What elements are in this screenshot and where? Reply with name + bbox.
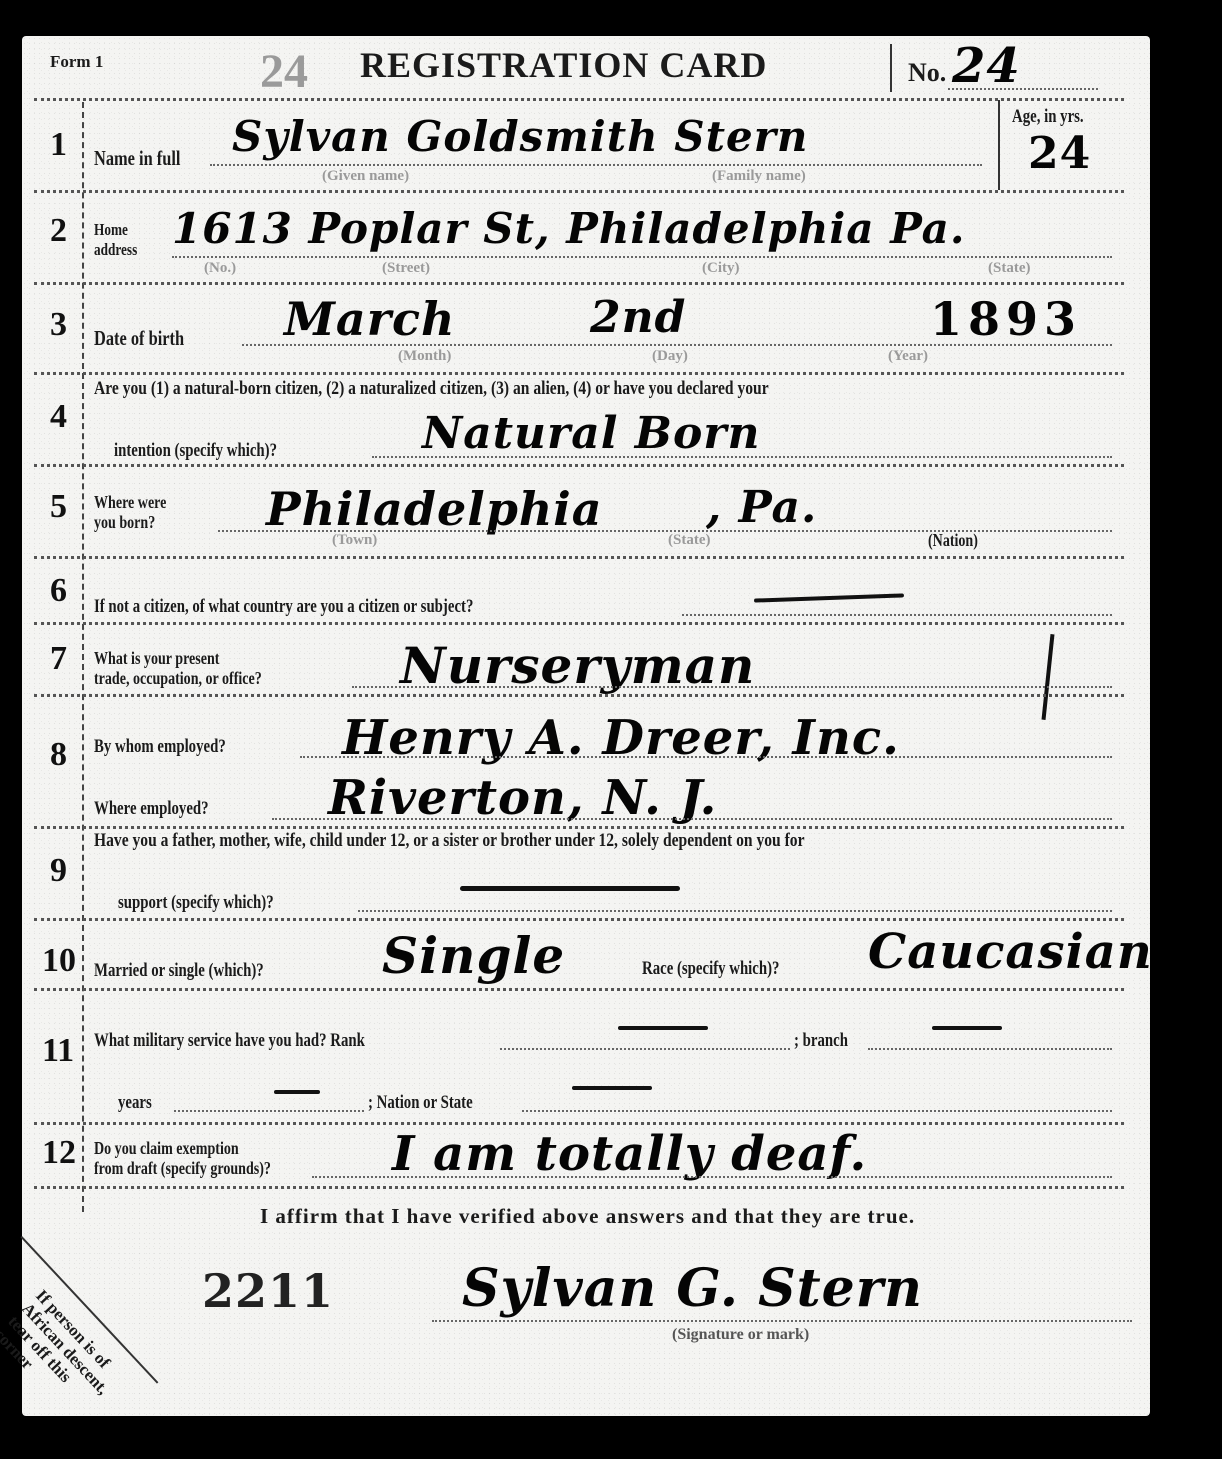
number-column-divider bbox=[82, 102, 84, 1212]
marital-status-value: Single bbox=[382, 926, 565, 985]
corner-note: If person is of African descent, tear of… bbox=[0, 1286, 126, 1424]
branch-dash bbox=[932, 1026, 1002, 1030]
citizenship-question: Are you (1) a natural-born citizen, (2) … bbox=[94, 378, 769, 400]
card-no-label: No. bbox=[908, 58, 946, 88]
signature-label: (Signature or mark) bbox=[672, 1326, 809, 1344]
birthplace-town: Philadelphia bbox=[266, 482, 603, 536]
exemption-value: I am totally deaf. bbox=[392, 1126, 867, 1182]
form-label: Form 1 bbox=[50, 52, 103, 72]
home-address-value: 1613 Poplar St, Philadelphia Pa. bbox=[172, 204, 966, 253]
name-value: Sylvan Goldsmith Stern bbox=[232, 112, 808, 161]
birthplace-state: , Pa. bbox=[706, 482, 817, 533]
citizenship-value: Natural Born bbox=[422, 408, 760, 459]
age-value: 24 bbox=[1028, 128, 1091, 179]
faint-card-number: 24 bbox=[260, 44, 308, 99]
registration-card: Form 1 24 REGISTRATION CARD No. 24 1 Nam… bbox=[22, 36, 1150, 1416]
years-dash bbox=[274, 1090, 320, 1094]
dependents-question: Have you a father, mother, wife, child u… bbox=[94, 830, 805, 852]
card-title: REGISTRATION CARD bbox=[360, 44, 767, 86]
card-no-value: 24 bbox=[952, 38, 1021, 94]
signature: Sylvan G. Stern bbox=[462, 1258, 923, 1319]
row-number: 1 bbox=[50, 126, 67, 164]
dob-label: Date of birth bbox=[94, 326, 184, 351]
dob-month: March bbox=[284, 292, 455, 346]
no-answer-dash bbox=[754, 593, 904, 602]
no-answer-dash bbox=[460, 886, 680, 891]
header-divider bbox=[890, 44, 892, 92]
nation-dash bbox=[572, 1086, 652, 1090]
rank-dash bbox=[618, 1026, 708, 1030]
dob-year: 1893 bbox=[930, 292, 1082, 346]
stamp-number: 2211 bbox=[202, 1264, 334, 1318]
name-label: Name in full bbox=[94, 146, 180, 171]
affirmation-text: I affirm that I have verified above answ… bbox=[260, 1204, 915, 1229]
race-value: Caucasian bbox=[868, 924, 1153, 980]
age-label: Age, in yrs. bbox=[1012, 106, 1084, 128]
dob-day: 2nd bbox=[590, 292, 686, 343]
